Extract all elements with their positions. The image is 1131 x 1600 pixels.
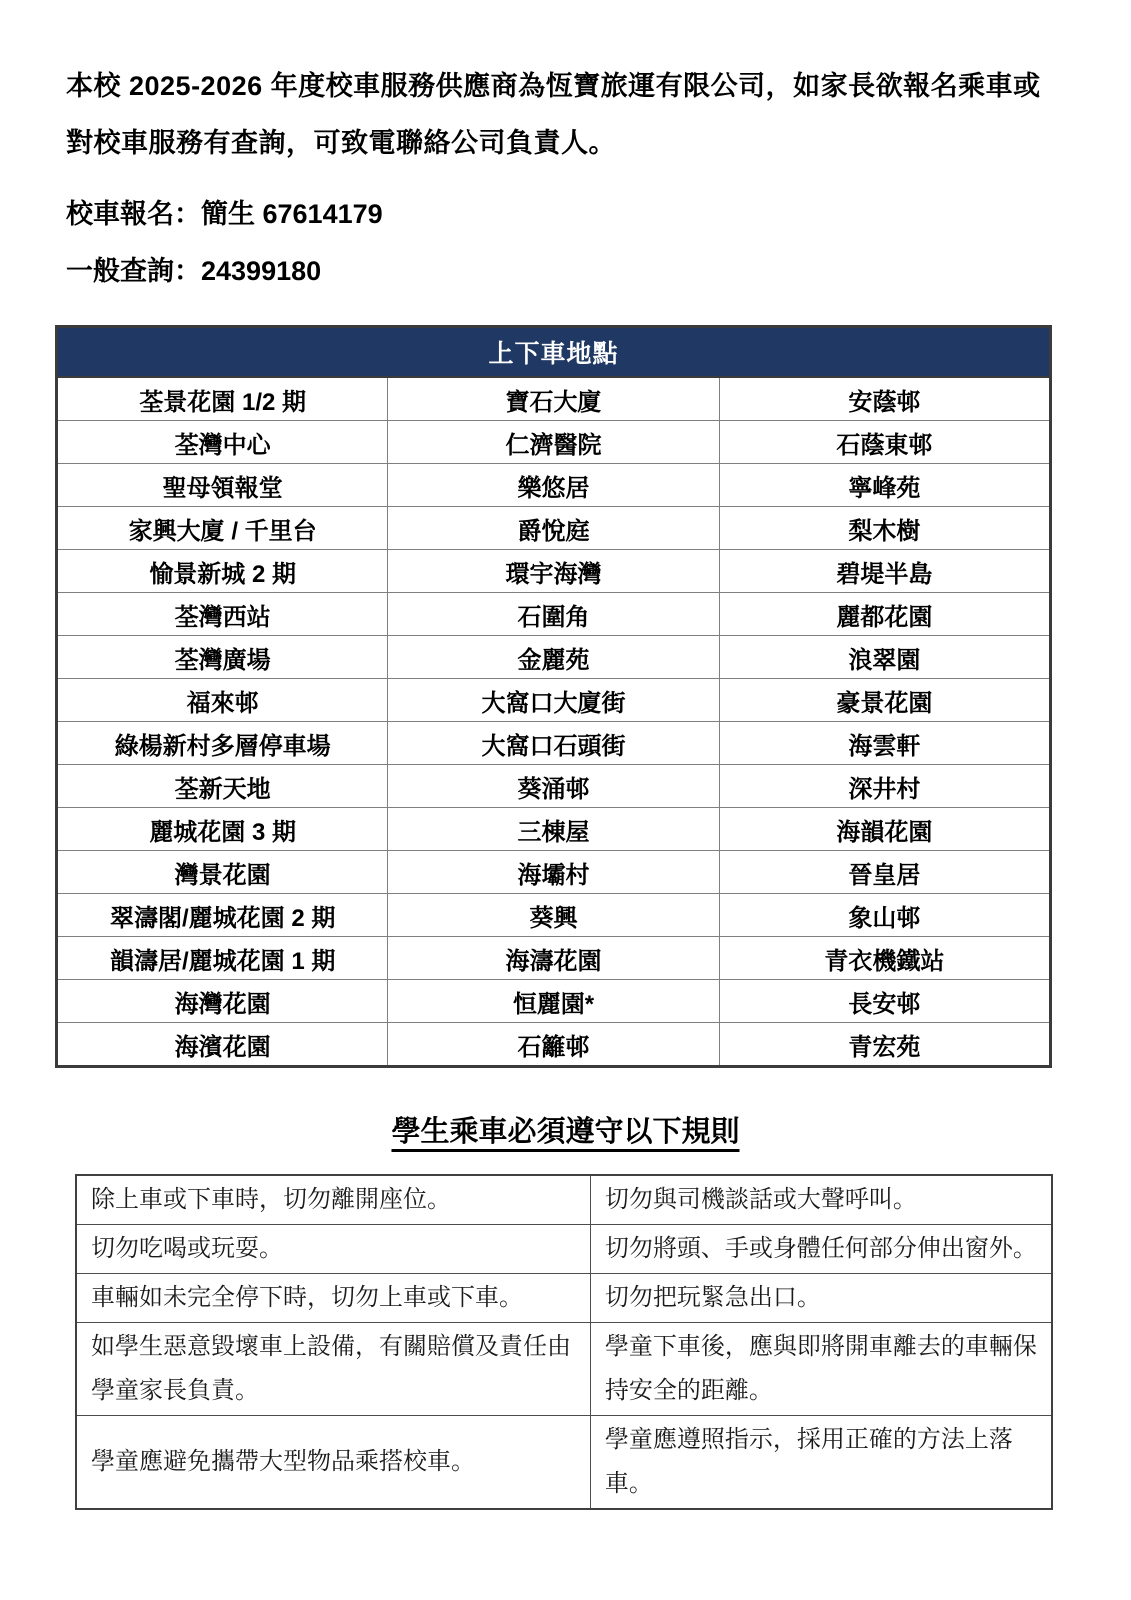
stop-cell: 青宏苑 (719, 1023, 1050, 1067)
stop-cell: 韻濤居/麗城花園 1 期 (57, 937, 388, 980)
stop-cell: 大窩口石頭街 (388, 722, 719, 765)
rules-title-text: 學生乘車必須遵守以下規則 (391, 1116, 739, 1148)
stop-cell: 金麗苑 (388, 636, 719, 679)
stop-cell: 碧堤半島 (719, 550, 1050, 593)
table-row: 韻濤居/麗城花園 1 期 海濤花園 青衣機鐵站 (57, 937, 1051, 980)
stop-cell: 樂悠居 (388, 464, 719, 507)
rule-cell: 切勿吃喝或玩耍。 (76, 1225, 590, 1274)
pickup-dropoff-table: 上下車地點 荃景花園 1/2 期 寶石大廈 安蔭邨 荃灣中心 仁濟醫院 石蔭東邨… (55, 325, 1052, 1068)
stop-cell: 晉皇居 (719, 851, 1050, 894)
table-row: 聖母領報堂 樂悠居 寧峰苑 (57, 464, 1051, 507)
stop-cell: 石籬邨 (388, 1023, 719, 1067)
stop-cell: 海壩村 (388, 851, 719, 894)
stop-cell: 翠濤閣/麗城花園 2 期 (57, 894, 388, 937)
stop-cell: 海濤花園 (388, 937, 719, 980)
stop-cell: 荃景花園 1/2 期 (57, 377, 388, 421)
stop-cell: 海雲軒 (719, 722, 1050, 765)
stop-cell: 家興大廈 / 千里台 (57, 507, 388, 550)
stop-cell: 聖母領報堂 (57, 464, 388, 507)
stop-cell: 麗都花園 (719, 593, 1050, 636)
stop-cell: 寧峰苑 (719, 464, 1050, 507)
stop-cell: 青衣機鐵站 (719, 937, 1050, 980)
rule-cell: 如學生惡意毀壞車上設備，有關賠償及責任由學童家長負責。 (76, 1323, 590, 1416)
stop-cell: 灣景花園 (57, 851, 388, 894)
rules-table: 除上車或下車時，切勿離開座位。 切勿與司機談話或大聲呼叫。 切勿吃喝或玩耍。 切… (75, 1174, 1053, 1510)
stop-cell: 象山邨 (719, 894, 1050, 937)
stop-cell: 海韻花園 (719, 808, 1050, 851)
table-row: 切勿吃喝或玩耍。 切勿將頭、手或身體任何部分伸出窗外。 (76, 1225, 1052, 1274)
stop-cell: 福來邨 (57, 679, 388, 722)
rules-title: 學生乘車必須遵守以下規則 (66, 1112, 1065, 1152)
stop-cell: 愉景新城 2 期 (57, 550, 388, 593)
stop-cell: 葵興 (388, 894, 719, 937)
document-page: 本校 2025-2026 年度校車服務供應商為恆寶旅運有限公司，如家長欲報名乘車… (0, 0, 1131, 1600)
stop-cell: 仁濟醫院 (388, 421, 719, 464)
stop-cell: 環宇海灣 (388, 550, 719, 593)
table-row: 荃景花園 1/2 期 寶石大廈 安蔭邨 (57, 377, 1051, 421)
table-header-row: 上下車地點 (57, 327, 1051, 378)
stop-cell: 石圍角 (388, 593, 719, 636)
table-row: 車輛如未完全停下時，切勿上車或下車。 切勿把玩緊急出口。 (76, 1274, 1052, 1323)
rule-cell: 切勿把玩緊急出口。 (590, 1274, 1052, 1323)
stop-cell: 寶石大廈 (388, 377, 719, 421)
table-row: 荃灣中心 仁濟醫院 石蔭東邨 (57, 421, 1051, 464)
table-row: 翠濤閣/麗城花園 2 期 葵興 象山邨 (57, 894, 1051, 937)
table-row: 海濱花園 石籬邨 青宏苑 (57, 1023, 1051, 1067)
table-row: 麗城花園 3 期 三棟屋 海韻花園 (57, 808, 1051, 851)
stop-cell: 石蔭東邨 (719, 421, 1050, 464)
stop-cell: 綠楊新村多層停車場 (57, 722, 388, 765)
stop-cell: 浪翠園 (719, 636, 1050, 679)
table-row: 綠楊新村多層停車場 大窩口石頭街 海雲軒 (57, 722, 1051, 765)
table-row: 荃新天地 葵涌邨 深井村 (57, 765, 1051, 808)
table-row: 福來邨 大窩口大廈街 豪景花園 (57, 679, 1051, 722)
stop-cell: 麗城花園 3 期 (57, 808, 388, 851)
stop-cell: 荃新天地 (57, 765, 388, 808)
stop-cell: 大窩口大廈街 (388, 679, 719, 722)
table-row: 海灣花園 恒麗園* 長安邨 (57, 980, 1051, 1023)
stop-cell: 梨木樹 (719, 507, 1050, 550)
table-row: 家興大廈 / 千里台 爵悅庭 梨木樹 (57, 507, 1051, 550)
stop-cell: 豪景花園 (719, 679, 1050, 722)
stop-cell: 葵涌邨 (388, 765, 719, 808)
stop-cell: 荃灣西站 (57, 593, 388, 636)
bus-registration-contact: 校車報名：簡生 67614179 (66, 186, 1065, 243)
stop-cell: 荃灣廣場 (57, 636, 388, 679)
table-row: 學童應避免攜帶大型物品乘搭校車。 學童應遵照指示，採用正確的方法上落車。 (76, 1416, 1052, 1510)
stop-cell: 海灣花園 (57, 980, 388, 1023)
rule-cell: 學童下車後，應與即將開車離去的車輛保持安全的距離。 (590, 1323, 1052, 1416)
table-row: 荃灣廣場 金麗苑 浪翠園 (57, 636, 1051, 679)
rule-cell: 切勿與司機談話或大聲呼叫。 (590, 1175, 1052, 1225)
table-row: 荃灣西站 石圍角 麗都花園 (57, 593, 1051, 636)
stop-cell: 爵悅庭 (388, 507, 719, 550)
table-row: 愉景新城 2 期 環宇海灣 碧堤半島 (57, 550, 1051, 593)
stop-cell: 安蔭邨 (719, 377, 1050, 421)
general-enquiry-contact: 一般查詢：24399180 (66, 243, 1065, 300)
rule-cell: 切勿將頭、手或身體任何部分伸出窗外。 (590, 1225, 1052, 1274)
rule-cell: 學童應避免攜帶大型物品乘搭校車。 (76, 1416, 590, 1510)
intro-paragraph: 本校 2025-2026 年度校車服務供應商為恆寶旅運有限公司，如家長欲報名乘車… (66, 58, 1065, 172)
rule-cell: 學童應遵照指示，採用正確的方法上落車。 (590, 1416, 1052, 1510)
stop-cell: 恒麗園* (388, 980, 719, 1023)
stop-cell: 三棟屋 (388, 808, 719, 851)
pickup-dropoff-table-title: 上下車地點 (57, 327, 1051, 378)
stop-cell: 海濱花園 (57, 1023, 388, 1067)
stop-cell: 荃灣中心 (57, 421, 388, 464)
table-row: 除上車或下車時，切勿離開座位。 切勿與司機談話或大聲呼叫。 (76, 1175, 1052, 1225)
table-row: 灣景花園 海壩村 晉皇居 (57, 851, 1051, 894)
rule-cell: 車輛如未完全停下時，切勿上車或下車。 (76, 1274, 590, 1323)
table-row: 如學生惡意毀壞車上設備，有關賠償及責任由學童家長負責。 學童下車後，應與即將開車… (76, 1323, 1052, 1416)
stop-cell: 深井村 (719, 765, 1050, 808)
rule-cell: 除上車或下車時，切勿離開座位。 (76, 1175, 590, 1225)
stop-cell: 長安邨 (719, 980, 1050, 1023)
